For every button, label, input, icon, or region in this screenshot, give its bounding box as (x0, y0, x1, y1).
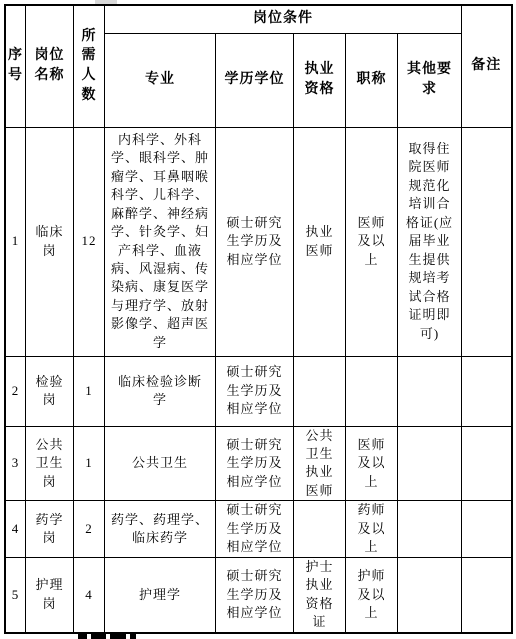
cell-row1-remark (462, 127, 512, 356)
cell-row1-license: 执业 医师 (294, 127, 346, 356)
cell-row1-no: 1 (5, 127, 26, 356)
cutoff-text-fragment (130, 633, 136, 639)
cell-row2-other (398, 356, 462, 426)
cell-row5-count: 4 (74, 557, 105, 633)
cell-row3-name: 公共 卫生 岗 (26, 426, 74, 501)
cell-row4-license (294, 501, 346, 557)
cell-row4-name: 药学 岗 (26, 501, 74, 557)
cell-row2-major: 临床检验诊断 学 (105, 356, 216, 426)
cell-row5-name: 护理 岗 (26, 557, 74, 633)
cell-row2-title (346, 356, 398, 426)
table-row: 1 临床 岗 12 内科学、外科 学、眼科学、肿 瘤学、耳鼻咽喉 科学、儿科学、… (5, 127, 512, 356)
cell-row2-license (294, 356, 346, 426)
table-row: 2 检验 岗 1 临床检验诊断 学 硕士研究 生学历及 相应学位 (5, 356, 512, 426)
header-professional-title: 职称 (346, 33, 398, 127)
header-major: 专业 (105, 33, 216, 127)
cell-row3-count: 1 (74, 426, 105, 501)
cell-row5-no: 5 (5, 557, 26, 633)
cell-row1-degree: 硕士研究 生学历及 相应学位 (216, 127, 294, 356)
table-row: 5 护理 岗 4 护理学 硕士研究 生学历及 相应学位 护士 执业 资格 证 护… (5, 557, 512, 633)
cell-row4-major: 药学、药理学、 临床药学 (105, 501, 216, 557)
cell-row4-degree: 硕士研究 生学历及 相应学位 (216, 501, 294, 557)
screen-artifact (95, 0, 117, 4)
cell-row3-other (398, 426, 462, 501)
cell-row3-title: 医师 及以 上 (346, 426, 398, 501)
header-practice-qualification: 执业 资格 (294, 33, 346, 127)
cell-row3-license: 公共 卫生 执业 医师 (294, 426, 346, 501)
header-position-name: 岗位 名称 (26, 5, 74, 127)
cell-row1-count: 12 (74, 127, 105, 356)
cell-row3-degree: 硕士研究 生学历及 相应学位 (216, 426, 294, 501)
header-people-needed: 所 需 人 数 (74, 5, 105, 127)
cell-row4-title: 药师 及以 上 (346, 501, 398, 557)
cell-row5-license: 护士 执业 资格 证 (294, 557, 346, 633)
cell-row5-remark (462, 557, 512, 633)
header-other-requirements: 其他要 求 (398, 33, 462, 127)
cell-row5-other (398, 557, 462, 633)
cell-row5-title: 护师 及以 上 (346, 557, 398, 633)
cell-row5-degree: 硕士研究 生学历及 相应学位 (216, 557, 294, 633)
cell-row1-major: 内科学、外科 学、眼科学、肿 瘤学、耳鼻咽喉 科学、儿科学、 麻醉学、神经病 学… (105, 127, 216, 356)
header-degree: 学历学位 (216, 33, 294, 127)
cell-row2-count: 1 (74, 356, 105, 426)
cutoff-text-fragment (110, 633, 126, 639)
cutoff-text-fragment (78, 633, 87, 639)
cell-row4-no: 4 (5, 501, 26, 557)
cell-row4-other (398, 501, 462, 557)
header-remarks: 备注 (462, 5, 512, 127)
cell-row5-major: 护理学 (105, 557, 216, 633)
cell-row1-name: 临床 岗 (26, 127, 74, 356)
cell-row4-remark (462, 501, 512, 557)
recruitment-positions-table: 序 号 岗位 名称 所 需 人 数 岗位条件 备注 专业 学历学位 执业 资格 … (4, 4, 513, 634)
cell-row3-major: 公共卫生 (105, 426, 216, 501)
cell-row4-count: 2 (74, 501, 105, 557)
cell-row2-remark (462, 356, 512, 426)
cell-row2-no: 2 (5, 356, 26, 426)
table-row: 4 药学 岗 2 药学、药理学、 临床药学 硕士研究 生学历及 相应学位 药师 … (5, 501, 512, 557)
cell-row1-title: 医师 及以 上 (346, 127, 398, 356)
cell-row3-no: 3 (5, 426, 26, 501)
cutoff-text-fragment (91, 633, 106, 639)
table-row: 3 公共 卫生 岗 1 公共卫生 硕士研究 生学历及 相应学位 公共 卫生 执业… (5, 426, 512, 501)
header-serial: 序 号 (5, 5, 26, 127)
header-position-conditions: 岗位条件 (105, 5, 462, 33)
cell-row3-remark (462, 426, 512, 501)
cell-row2-degree: 硕士研究 生学历及 相应学位 (216, 356, 294, 426)
cell-row1-other: 取得住 院医师 规范化 培训合 格证(应 届毕业 生提供 规培考 试合格 证明即… (398, 127, 462, 356)
cell-row2-name: 检验 岗 (26, 356, 74, 426)
